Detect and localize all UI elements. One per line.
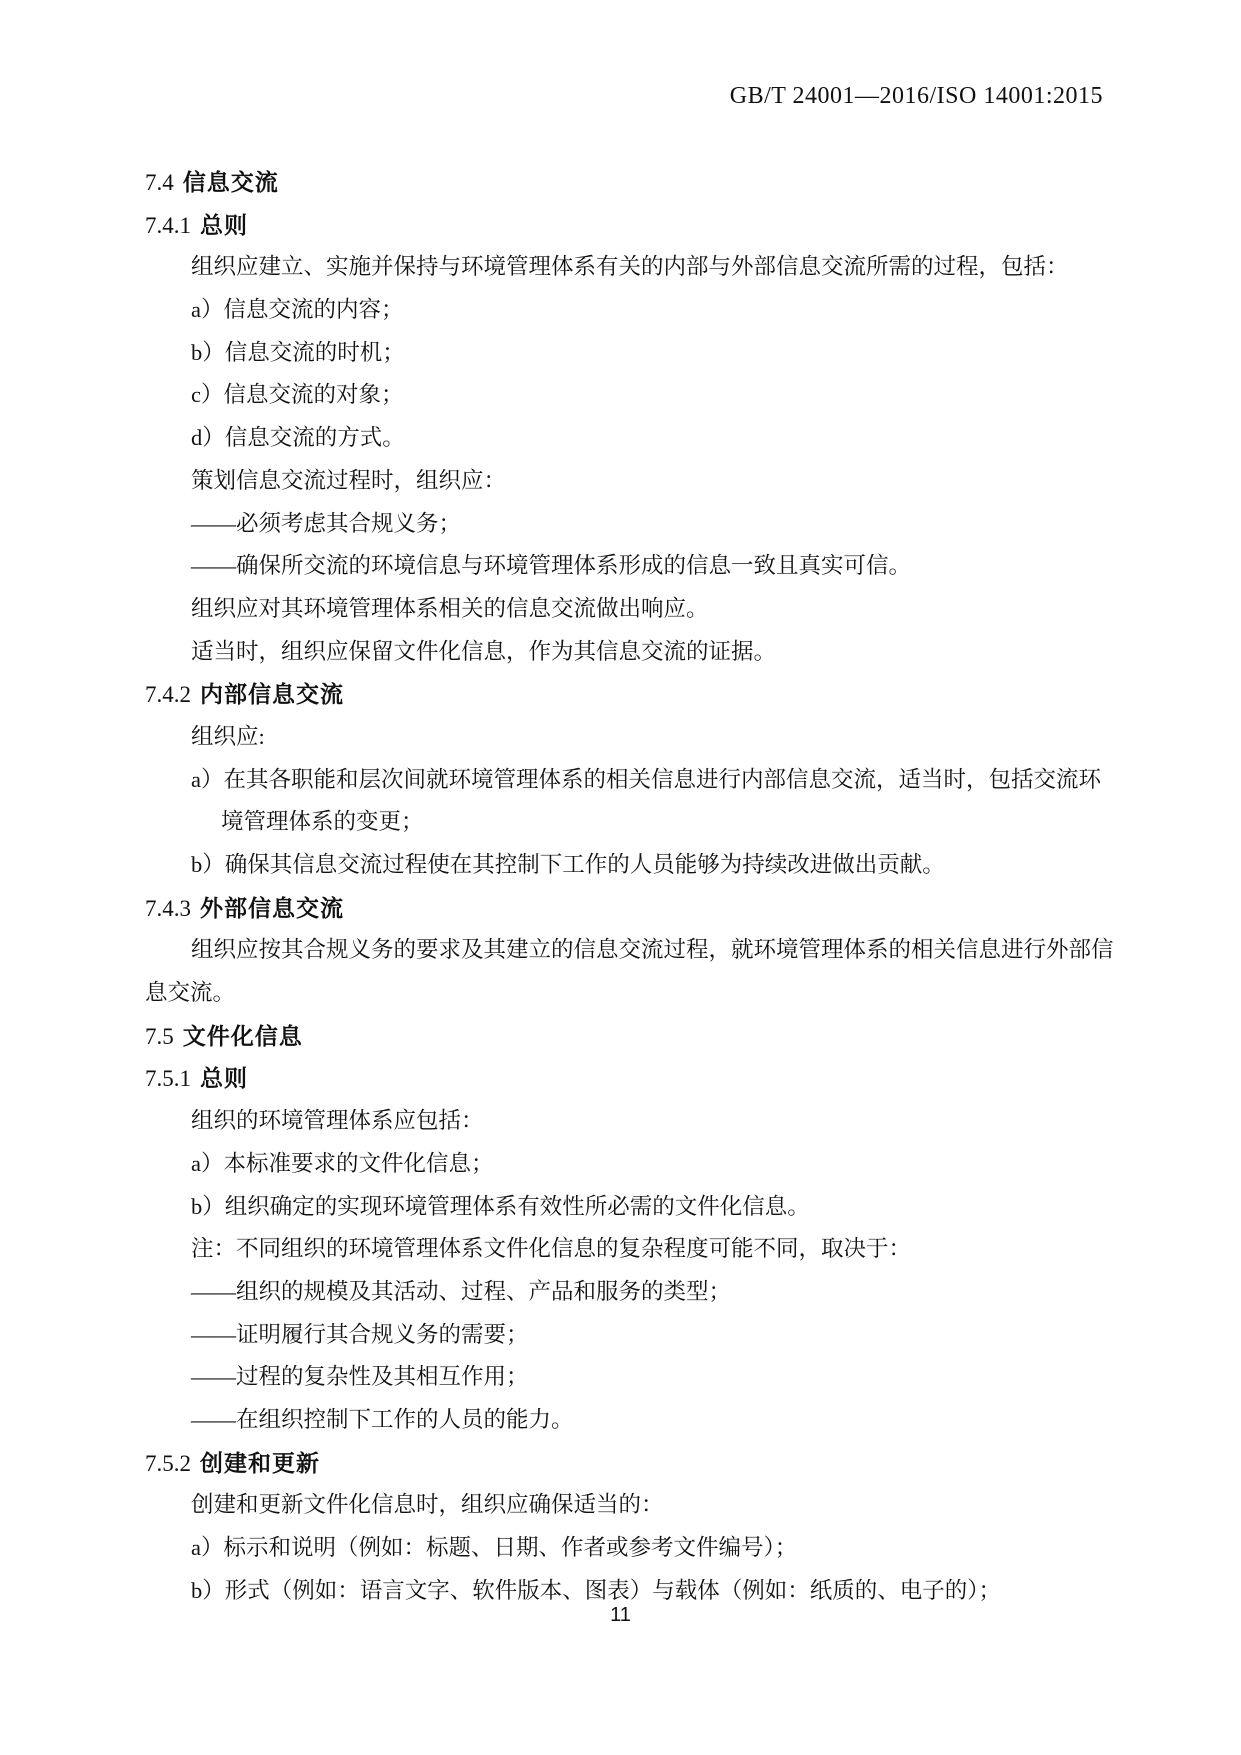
heading-title: 文件化信息: [183, 1023, 303, 1049]
heading-number: 7.4.3: [145, 896, 191, 921]
heading-title: 创建和更新: [200, 1450, 320, 1476]
heading-title: 总则: [200, 1065, 248, 1091]
text-line: a）在其各职能和层次间就环境管理体系的相关信息进行内部信息交流，适当时，包括交流…: [145, 759, 1103, 802]
standard-code: GB/T 24001—2016/ISO 14001:2015: [730, 83, 1103, 109]
heading-number: 7.5.1: [145, 1066, 191, 1091]
text-line: b）组织确定的实现环境管理体系有效性所必需的文件化信息。: [145, 1186, 1103, 1229]
text-line: ——组织的规模及其活动、过程、产品和服务的类型；: [145, 1271, 1103, 1314]
text-line: 组织应建立、实施并保持与环境管理体系有关的内部与外部信息交流所需的过程，包括：: [145, 246, 1103, 289]
section-heading: 7.5.1总则: [145, 1057, 1103, 1100]
text-line: b）信息交流的时机；: [145, 332, 1103, 375]
text-line: ——必须考虑其合规义务；: [145, 503, 1103, 546]
text-line: 组织应对其环境管理体系相关的信息交流做出响应。: [145, 588, 1103, 631]
text-line: ——过程的复杂性及其相互作用；: [145, 1356, 1103, 1399]
text-line: 境管理体系的变更；: [145, 801, 1103, 844]
text-line: a）信息交流的内容；: [145, 289, 1103, 332]
text-line: c）信息交流的对象；: [145, 374, 1103, 417]
heading-number: 7.4.1: [145, 213, 191, 238]
heading-number: 7.4: [145, 170, 174, 195]
heading-title: 外部信息交流: [200, 895, 344, 921]
text-line: 组织应按其合规义务的要求及其建立的信息交流过程，就环境管理体系的相关信息进行外部…: [145, 929, 1103, 972]
text-line: d）信息交流的方式。: [145, 417, 1103, 460]
heading-number: 7.4.2: [145, 682, 191, 707]
text-line: a）本标准要求的文件化信息；: [145, 1143, 1103, 1186]
text-line: 适当时，组织应保留文件化信息，作为其信息交流的证据。: [145, 631, 1103, 674]
text-line: 息交流。: [145, 972, 1103, 1015]
section-heading: 7.4信息交流: [145, 161, 1103, 204]
section-heading: 7.5文件化信息: [145, 1015, 1103, 1058]
document-page: GB/T 24001—2016/ISO 14001:2015 7.4信息交流7.…: [0, 0, 1241, 1755]
section-heading: 7.5.2创建和更新: [145, 1442, 1103, 1485]
heading-number: 7.5.2: [145, 1451, 191, 1476]
document-body: 7.4信息交流7.4.1总则组织应建立、实施并保持与环境管理体系有关的内部与外部…: [145, 161, 1103, 1612]
heading-title: 信息交流: [183, 169, 279, 195]
heading-title: 内部信息交流: [200, 681, 344, 707]
page-footer: 11: [0, 1603, 1241, 1627]
section-heading: 7.4.1总则: [145, 204, 1103, 247]
page-number: 11: [610, 1604, 631, 1626]
text-line: 策划信息交流过程时，组织应：: [145, 460, 1103, 503]
heading-number: 7.5: [145, 1024, 174, 1049]
text-line: 注：不同组织的环境管理体系文件化信息的复杂程度可能不同，取决于：: [145, 1228, 1103, 1271]
text-line: ——确保所交流的环境信息与环境管理体系形成的信息一致且真实可信。: [145, 545, 1103, 588]
text-line: 组织的环境管理体系应包括：: [145, 1100, 1103, 1143]
text-line: 创建和更新文件化信息时，组织应确保适当的：: [145, 1484, 1103, 1527]
text-line: ——证明履行其合规义务的需要；: [145, 1314, 1103, 1357]
heading-title: 总则: [200, 212, 248, 238]
text-line: b）确保其信息交流过程使在其控制下工作的人员能够为持续改进做出贡献。: [145, 844, 1103, 887]
page-header: GB/T 24001—2016/ISO 14001:2015: [145, 82, 1103, 110]
section-heading: 7.4.3外部信息交流: [145, 887, 1103, 930]
section-heading: 7.4.2内部信息交流: [145, 673, 1103, 716]
text-line: ——在组织控制下工作的人员的能力。: [145, 1399, 1103, 1442]
text-line: 组织应:: [145, 716, 1103, 759]
text-line: a）标示和说明（例如：标题、日期、作者或参考文件编号）；: [145, 1527, 1103, 1570]
